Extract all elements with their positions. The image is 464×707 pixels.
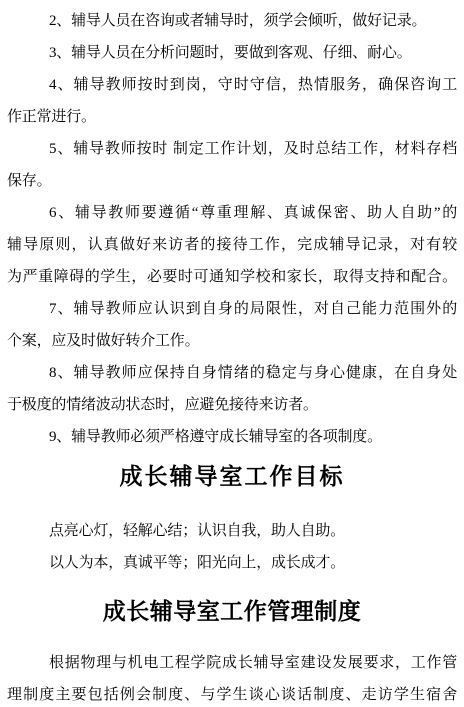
text-line: 为严重障碍的学生，必要时可通知学校和家长，取得支持和配合。 (7, 261, 457, 293)
text-line: 8、辅导教师应保持自身情绪的稳定与身心健康，在自身处 (7, 357, 457, 389)
text-line: 作正常进行。 (7, 101, 457, 133)
text-line: 点亮心灯，轻解心结；认识自我，助人自助。 (7, 515, 457, 547)
text-line: 根据物理与机电工程学院成长辅导室建设发展要求，工作管 (7, 647, 457, 679)
text-line: 以人为本，真诚平等；阳光向上，成长成才。 (7, 547, 457, 579)
paragraph: 4、辅导教师按时到岗，守时守信，热情服务，确保咨询工作正常进行。 (7, 69, 457, 133)
text-line: 保存。 (7, 165, 457, 197)
text-line: 9、辅导教师必须严格遵守成长辅导室的各项制度。 (7, 421, 457, 453)
paragraph: 2、辅导人员在咨询或者辅导时，须学会倾听，做好记录。 (7, 5, 457, 37)
text-line: 个案，应及时做好转介工作。 (7, 325, 457, 357)
section-heading: 成长辅导室工作管理制度 (7, 597, 457, 627)
text-line: 5、辅导教师按时 制定工作计划，及时总结工作，材料存档 (7, 133, 457, 165)
document-page: 2、辅导人员在咨询或者辅导时，须学会倾听，做好记录。3、辅导人员在分析问题时，要… (0, 0, 464, 707)
paragraph: 6、辅导教师要遵循“尊重理解、真诚保密、助人自助”的辅导原则，认真做好来访者的接… (7, 197, 457, 293)
paragraph: 3、辅导人员在分析问题时，要做到客观、仔细、耐心。 (7, 37, 457, 69)
text-line: 辅导原则，认真做好来访者的接待工作，完成辅导记录，对有较 (7, 229, 457, 261)
paragraph: 5、辅导教师按时 制定工作计划，及时总结工作，材料存档保存。 (7, 133, 457, 197)
text-line: 3、辅导人员在分析问题时，要做到客观、仔细、耐心。 (7, 37, 457, 69)
text-line: 6、辅导教师要遵循“尊重理解、真诚保密、助人自助”的 (7, 197, 457, 229)
text-line: 2、辅导人员在咨询或者辅导时，须学会倾听，做好记录。 (7, 5, 457, 37)
text-line: 于极度的情绪波动状态时，应避免接待来访者。 (7, 389, 457, 421)
text-line: 7、辅导教师应认识到自身的局限性，对自己能力范围外的 (7, 293, 457, 325)
paragraph: 以人为本，真诚平等；阳光向上，成长成才。 (7, 547, 457, 579)
text-line: 理制度主要包括例会制度、与学生谈心谈话制度、走访学生宿舍 (7, 679, 457, 707)
paragraph: 点亮心灯，轻解心结；认识自我，助人自助。 (7, 515, 457, 547)
section-heading: 成长辅导室工作目标 (7, 462, 457, 492)
text-line: 4、辅导教师按时到岗，守时守信，热情服务，确保咨询工 (7, 69, 457, 101)
paragraph: 根据物理与机电工程学院成长辅导室建设发展要求，工作管理制度主要包括例会制度、与学… (7, 647, 457, 707)
paragraph: 9、辅导教师必须严格遵守成长辅导室的各项制度。 (7, 421, 457, 453)
paragraph: 8、辅导教师应保持自身情绪的稳定与身心健康，在自身处于极度的情绪波动状态时，应避… (7, 357, 457, 421)
paragraph: 7、辅导教师应认识到自身的局限性，对自己能力范围外的个案，应及时做好转介工作。 (7, 293, 457, 357)
